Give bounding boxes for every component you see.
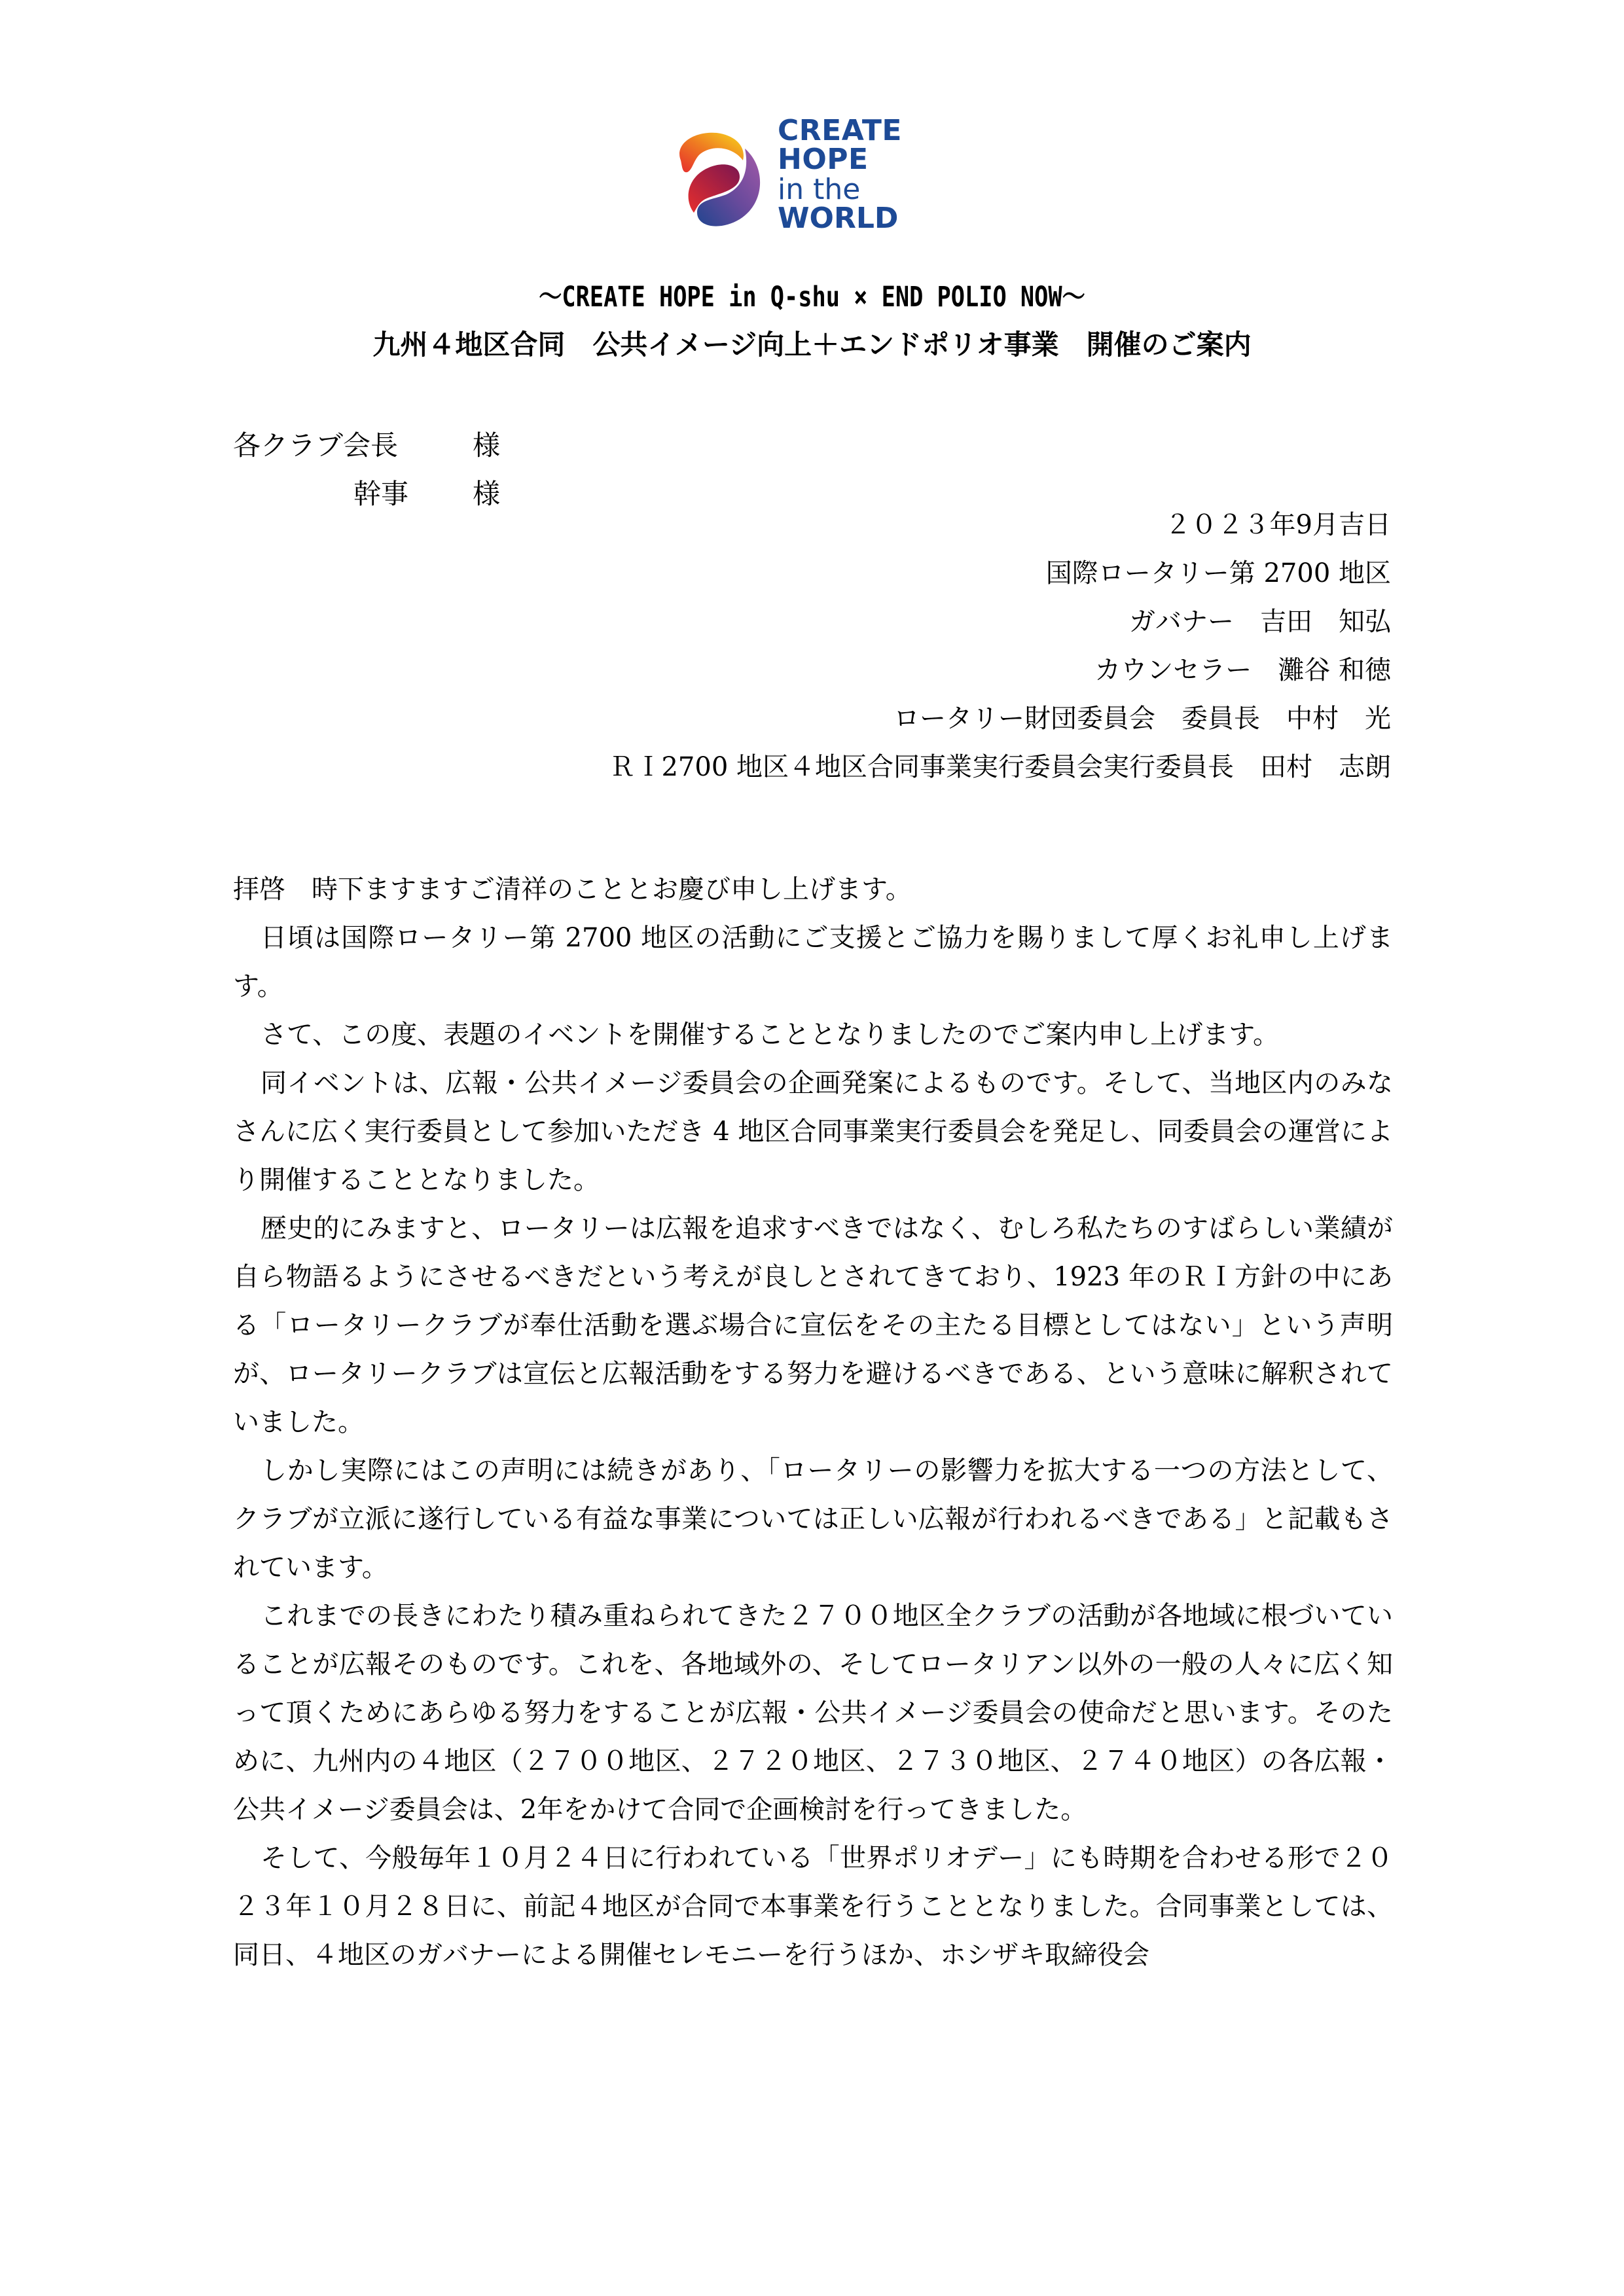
sender-counselor: カウンセラー 灘谷 和徳: [1094, 649, 1391, 687]
sender-foundation-chair: ロータリー財団委員会 委員長 中村 光: [893, 698, 1391, 735]
sender-district: 国際ロータリー第 2700 地区: [1046, 552, 1391, 590]
letter-body: 拝啓 時下ますますご清祥のこととお慶び申し上げます。 日頃は国際ロータリー第 2…: [233, 865, 1393, 1979]
body-paragraph: さて、この度、表題のイベントを開催することとなりましたのでご案内申し上げます。: [233, 1011, 1393, 1059]
body-paragraph: そして、今般毎年１０月２４日に行われている「世界ポリオデー」にも時期を合わせる形…: [233, 1834, 1393, 1979]
body-paragraph: 歴史的にみますと、ロータリーは広報を追求すべきではなく、むしろ私たちのすばらしい…: [233, 1204, 1393, 1446]
logo-wordmark: CREATE HOPE in the WORLD: [778, 117, 975, 233]
addressee-secretary: 幹事: [353, 473, 408, 512]
body-paragraph: しかし実際にはこの声明には続きがあり、「ロータリーの影響力を拡大する一つの方法と…: [233, 1446, 1393, 1592]
body-paragraph: 日頃は国際ロータリー第 2700 地区の活動にご支援とご協力を賜りまして厚くお礼…: [233, 914, 1393, 1011]
create-hope-logo: CREATE HOPE in the WORLD: [668, 119, 975, 230]
sender-executive-chair: ＲＩ2700 地区４地区合同事業実行委員会実行委員長 田村 志朗: [609, 746, 1391, 783]
document-page: CREATE HOPE in the WORLD 〜CREATE HOPE in…: [0, 0, 1624, 2296]
addressee-honorific: 様: [473, 424, 500, 463]
logo-line-2: in the WORLD: [778, 175, 975, 233]
addressee-honorific: 様: [473, 473, 500, 512]
body-paragraph: これまでの長きにわたり積み重ねられてきた２７００地区全クラブの活動が各地域に根づ…: [233, 1592, 1393, 1834]
issue-date: ２０２３年9月吉日: [1165, 504, 1391, 541]
sender-governor: ガバナー 吉田 知弘: [1129, 601, 1391, 638]
body-paragraph-greeting: 拝啓 時下ますますご清祥のこととお慶び申し上げます。: [233, 865, 1393, 914]
addressee-club-president: 各クラブ会長: [233, 424, 398, 463]
title-japanese: 九州４地区合同 公共イメージ向上＋エンドポリオ事業 開催のご案内: [0, 323, 1624, 363]
rotary-theme-swirl-icon: [668, 121, 766, 229]
body-paragraph: 同イベントは、広報・公共イメージ委員会の企画発案によるものです。そして、当地区内…: [233, 1059, 1393, 1204]
title-english: 〜CREATE HOPE in Q-shu × END POLIO NOW〜: [146, 275, 1477, 315]
logo-line-2-emph: WORLD: [778, 202, 898, 235]
logo-line-1: CREATE HOPE: [778, 117, 975, 174]
